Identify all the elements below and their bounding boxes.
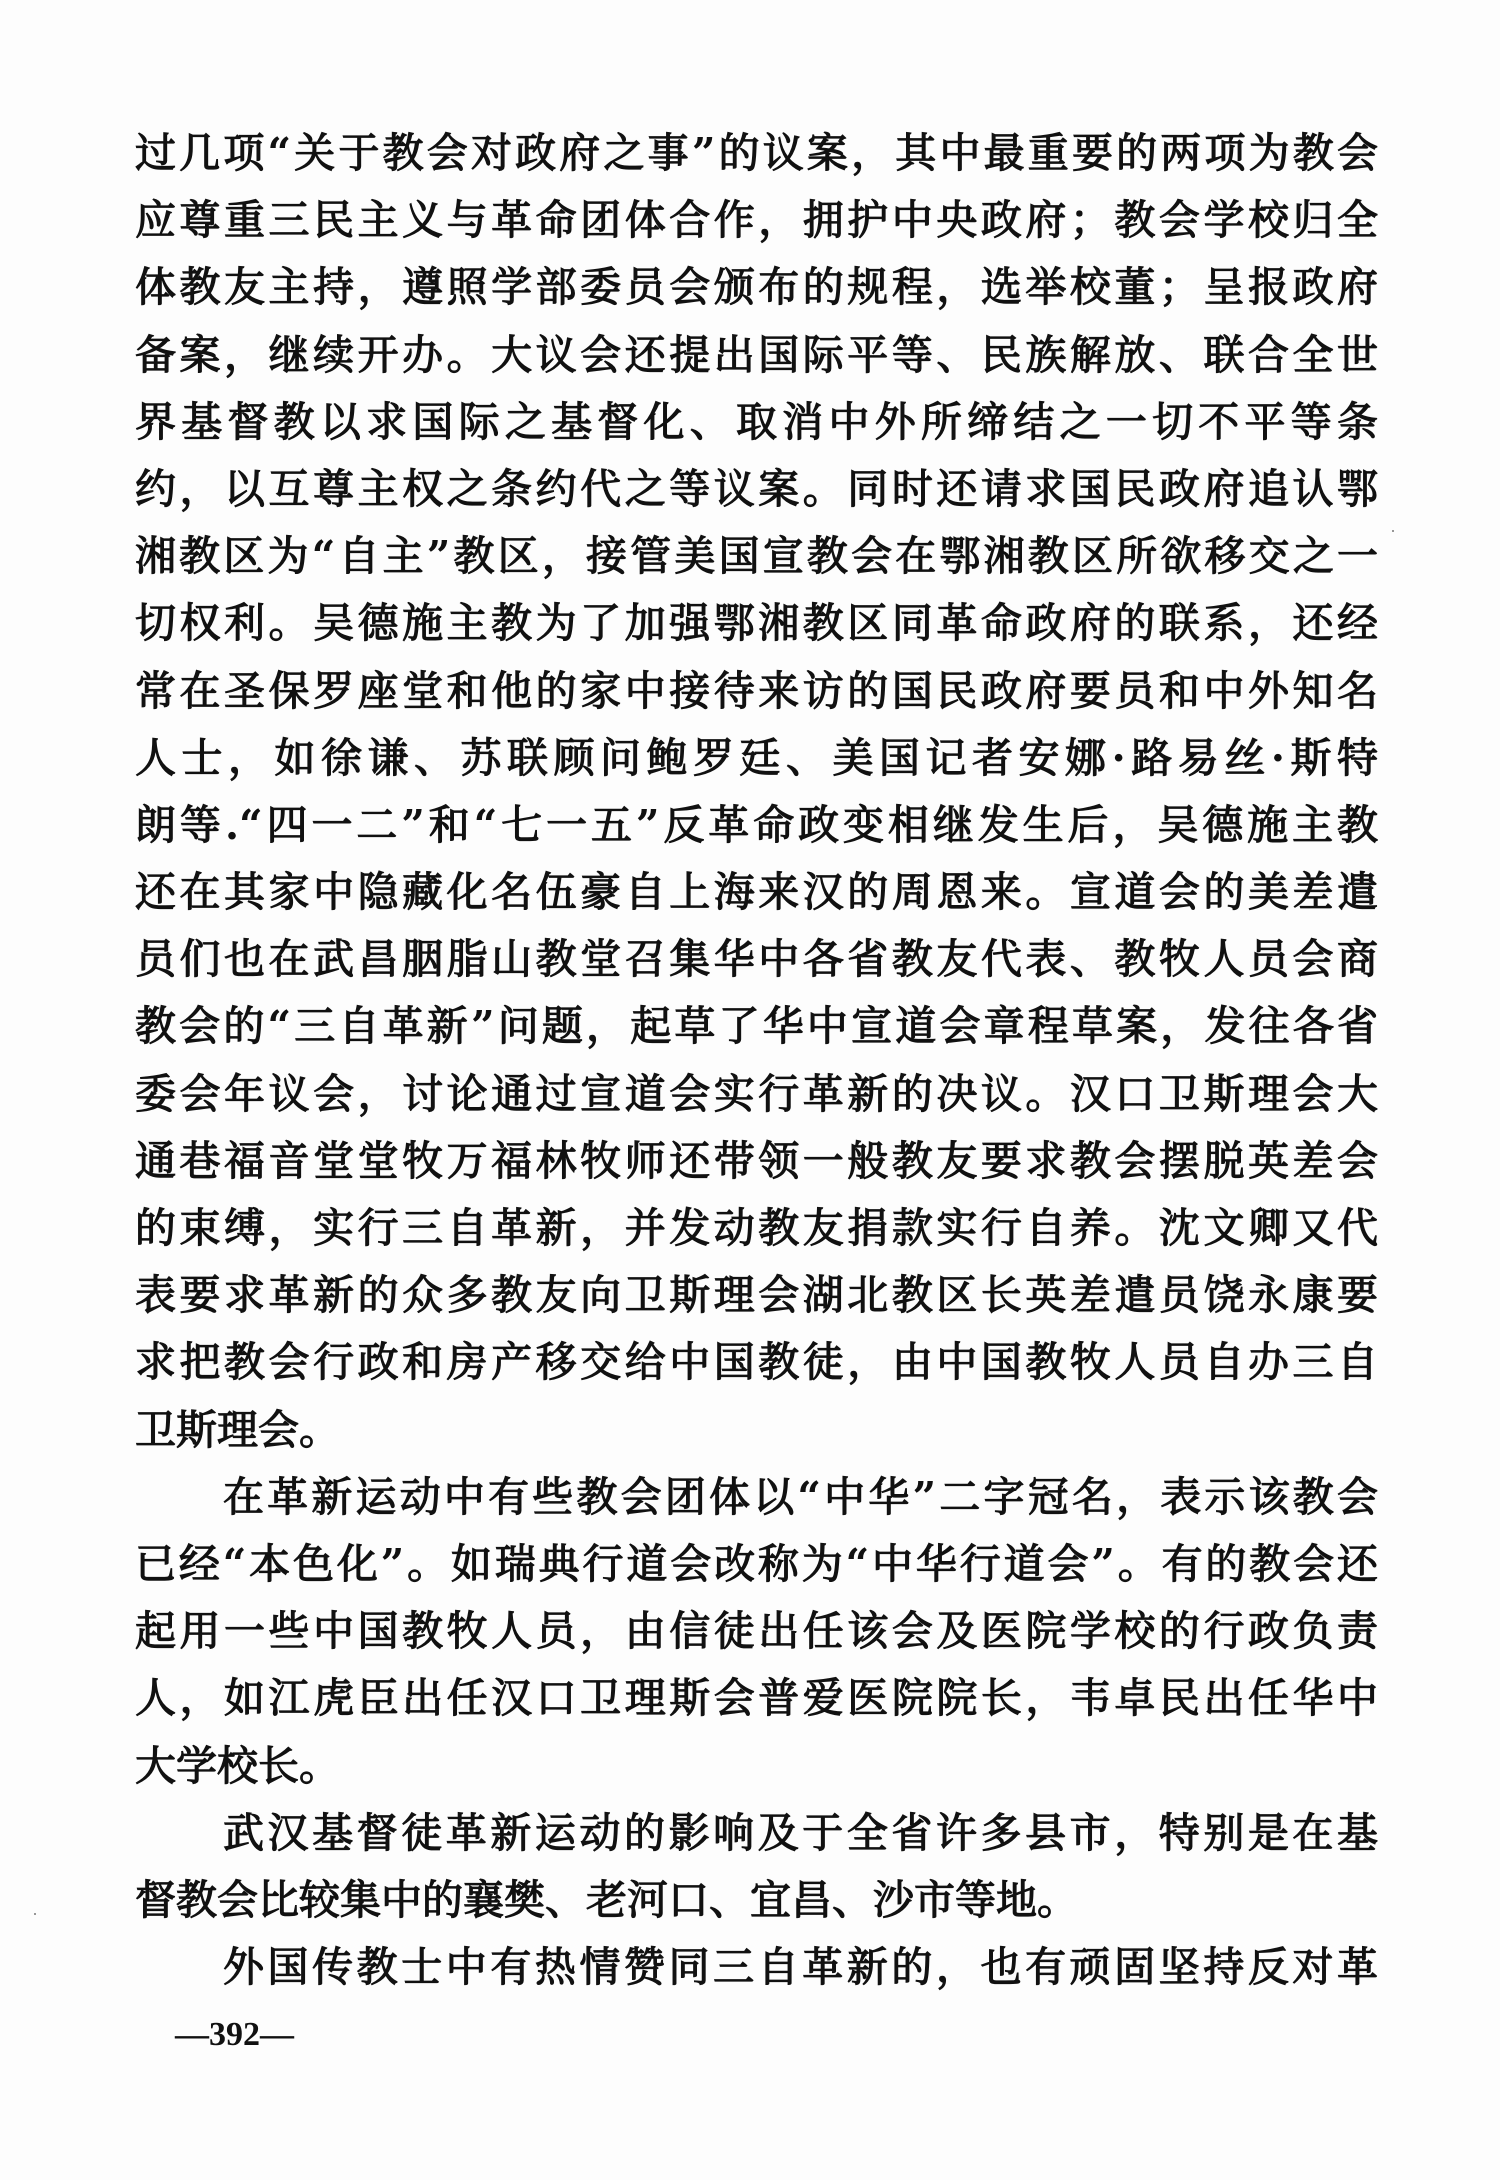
scan-speck <box>34 1913 36 1915</box>
text-line: 委会年议会，讨论通过宣道会实行革新的决议。汉口卫斯理会大 <box>135 1061 1378 1128</box>
text-line: 求把教会行政和房产移交给中国教徒，由中国教牧人员自办三自 <box>135 1329 1378 1396</box>
text-line: 切权利。吴德施主教为了加强鄂湘教区同革命政府的联系，还经 <box>135 590 1378 657</box>
text-line: 督教会比较集中的襄樊、老河口、宜昌、沙市等地。 <box>135 1867 1378 1934</box>
text-line: 大学校长。 <box>135 1733 1378 1800</box>
scanned-book-page: 过几项“关于教会对政府之事”的议案，其中最重要的两项为教会 应尊重三民主义与革命… <box>0 0 1500 2180</box>
text-line: 通巷福音堂堂牧万福林牧师还带领一般教友要求教会摆脱英差会 <box>135 1128 1378 1195</box>
text-line: 起用一些中国教牧人员，由信徒出任该会及医院学校的行政负责 <box>135 1598 1378 1665</box>
text-line: 体教友主持，遵照学部委员会颁布的规程，选举校董；呈报政府 <box>135 254 1378 321</box>
text-line: 备案，继续开办。大议会还提出国际平等、民族解放、联合全世 <box>135 322 1378 389</box>
text-line: 界基督教以求国际之基督化、取消中外所缔结之一切不平等条 <box>135 389 1378 456</box>
text-line: 过几项“关于教会对政府之事”的议案，其中最重要的两项为教会 <box>135 120 1378 187</box>
text-line: 应尊重三民主义与革命团体合作，拥护中央政府；教会学校归全 <box>135 187 1378 254</box>
text-line: 人士，如徐谦、苏联顾问鲍罗廷、美国记者安娜·路易丝·斯特 <box>135 725 1378 792</box>
text-line: 约，以互尊主权之条约代之等议案。同时还请求国民政府追认鄂 <box>135 456 1378 523</box>
page-number: —392— <box>175 2016 294 2054</box>
body-text: 过几项“关于教会对政府之事”的议案，其中最重要的两项为教会 应尊重三民主义与革命… <box>135 120 1378 2001</box>
text-line: 教会的“三自革新”问题，起草了华中宣道会章程草案，发往各省 <box>135 993 1378 1060</box>
text-line: 在革新运动中有些教会团体以“中华”二字冠名，表示该教会 <box>135 1464 1378 1531</box>
text-line: 人，如江虎臣出任汉口卫理斯会普爱医院院长，韦卓民出任华中 <box>135 1665 1378 1732</box>
text-line: 外国传教士中有热情赞同三自革新的，也有顽固坚持反对革 <box>135 1934 1378 2001</box>
text-line: 员们也在武昌胭脂山教堂召集华中各省教友代表、教牧人员会商 <box>135 926 1378 993</box>
text-line: 还在其家中隐藏化名伍豪自上海来汉的周恩来。宣道会的美差遣 <box>135 859 1378 926</box>
scan-speck <box>1392 530 1394 532</box>
text-line: 表要求革新的众多教友向卫斯理会湖北教区长英差遣员饶永康要 <box>135 1262 1378 1329</box>
text-line: 常在圣保罗座堂和他的家中接待来访的国民政府要员和中外知名 <box>135 658 1378 725</box>
text-line: 武汉基督徒革新运动的影响及于全省许多县市，特别是在基 <box>135 1800 1378 1867</box>
text-line: 的束缚，实行三自革新，并发动教友捐款实行自养。沈文卿又代 <box>135 1195 1378 1262</box>
text-line: 朗等.“四一二”和“七一五”反革命政变相继发生后，吴德施主教 <box>135 792 1378 859</box>
text-line: 已经“本色化”。如瑞典行道会改称为“中华行道会”。有的教会还 <box>135 1531 1378 1598</box>
text-line: 卫斯理会。 <box>135 1397 1378 1464</box>
text-line: 湘教区为“自主”教区，接管美国宣教会在鄂湘教区所欲移交之一 <box>135 523 1378 590</box>
